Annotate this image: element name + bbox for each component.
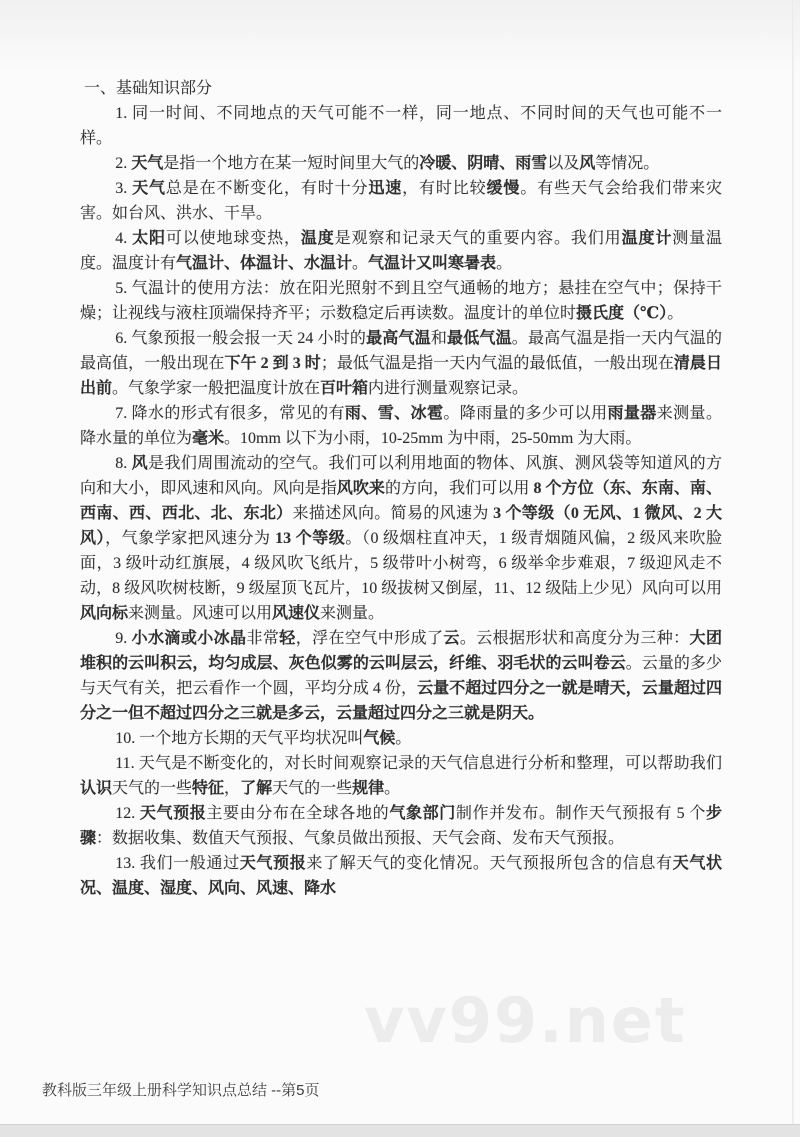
paragraph: 9. 小水滴或小冰晶非常轻，浮在空气中形成了云。云根据形状和高度分为三种：大团堆… [80, 626, 722, 726]
paragraph: 13. 我们一般通过天气预报来了解天气的变化情况。天气预报所包含的信息有天气状况… [80, 851, 722, 901]
paragraph: 11. 天气是不断变化的，对长时间观察记录的天气信息进行分析和整理，可以帮助我们… [80, 751, 722, 801]
paragraph: 6. 气象预报一般会报一天 24 小时的最高气温和最低气温。最高气温是指一天内气… [80, 326, 722, 401]
paragraph: 1. 同一时间、不同地点的天气可能不一样，同一地点、不同时间的天气也可能不一样。 [80, 101, 722, 151]
paragraph: 2. 天气是指一个地方在某一短时间里大气的冷暖、阴晴、雨雪以及风等情况。 [80, 151, 722, 176]
paragraph: 7. 降水的形式有很多，常见的有雨、雪、冰雹。降雨量的多少可以用雨量器来测量。降… [80, 401, 722, 451]
watermark-text: vv99.net [364, 986, 687, 1056]
bottom-gray-bar [0, 1124, 800, 1137]
page-top-shade [0, 0, 800, 72]
paragraph: 12. 天气预报主要由分布在全球各地的气象部门制作并发布。制作天气预报有 5 个… [80, 801, 722, 851]
paragraph-list: 1. 同一时间、不同地点的天气可能不一样，同一地点、不同时间的天气也可能不一样。… [80, 101, 722, 901]
scanned-document-page: 一、基础知识部分 1. 同一时间、不同地点的天气可能不一样，同一地点、不同时间的… [0, 0, 800, 1137]
page-footer: 教科版三年级上册科学知识点总结 --第5页 [42, 1080, 320, 1102]
paragraph: 4. 太阳可以使地球变热，温度是观察和记录天气的重要内容。我们用温度计测量温度。… [80, 226, 722, 276]
document-body: 一、基础知识部分 1. 同一时间、不同地点的天气可能不一样，同一地点、不同时间的… [80, 76, 722, 901]
paragraph: 10. 一个地方长期的天气平均状况叫气候。 [80, 726, 722, 751]
paragraph: 3. 天气总是在不断变化，有时十分迅速，有时比较缓慢。有些天气会给我们带来灾害。… [80, 176, 722, 226]
paragraph: 8. 风是我们周围流动的空气。我们可以利用地面的物体、风旗、测风袋等知道风的方向… [80, 451, 722, 626]
page-edge-line [792, 0, 794, 1124]
paragraph: 5. 气温计的使用方法：放在阳光照射不到且空气通畅的地方；悬挂在空气中；保持干燥… [80, 276, 722, 326]
section-heading: 一、基础知识部分 [84, 76, 722, 101]
